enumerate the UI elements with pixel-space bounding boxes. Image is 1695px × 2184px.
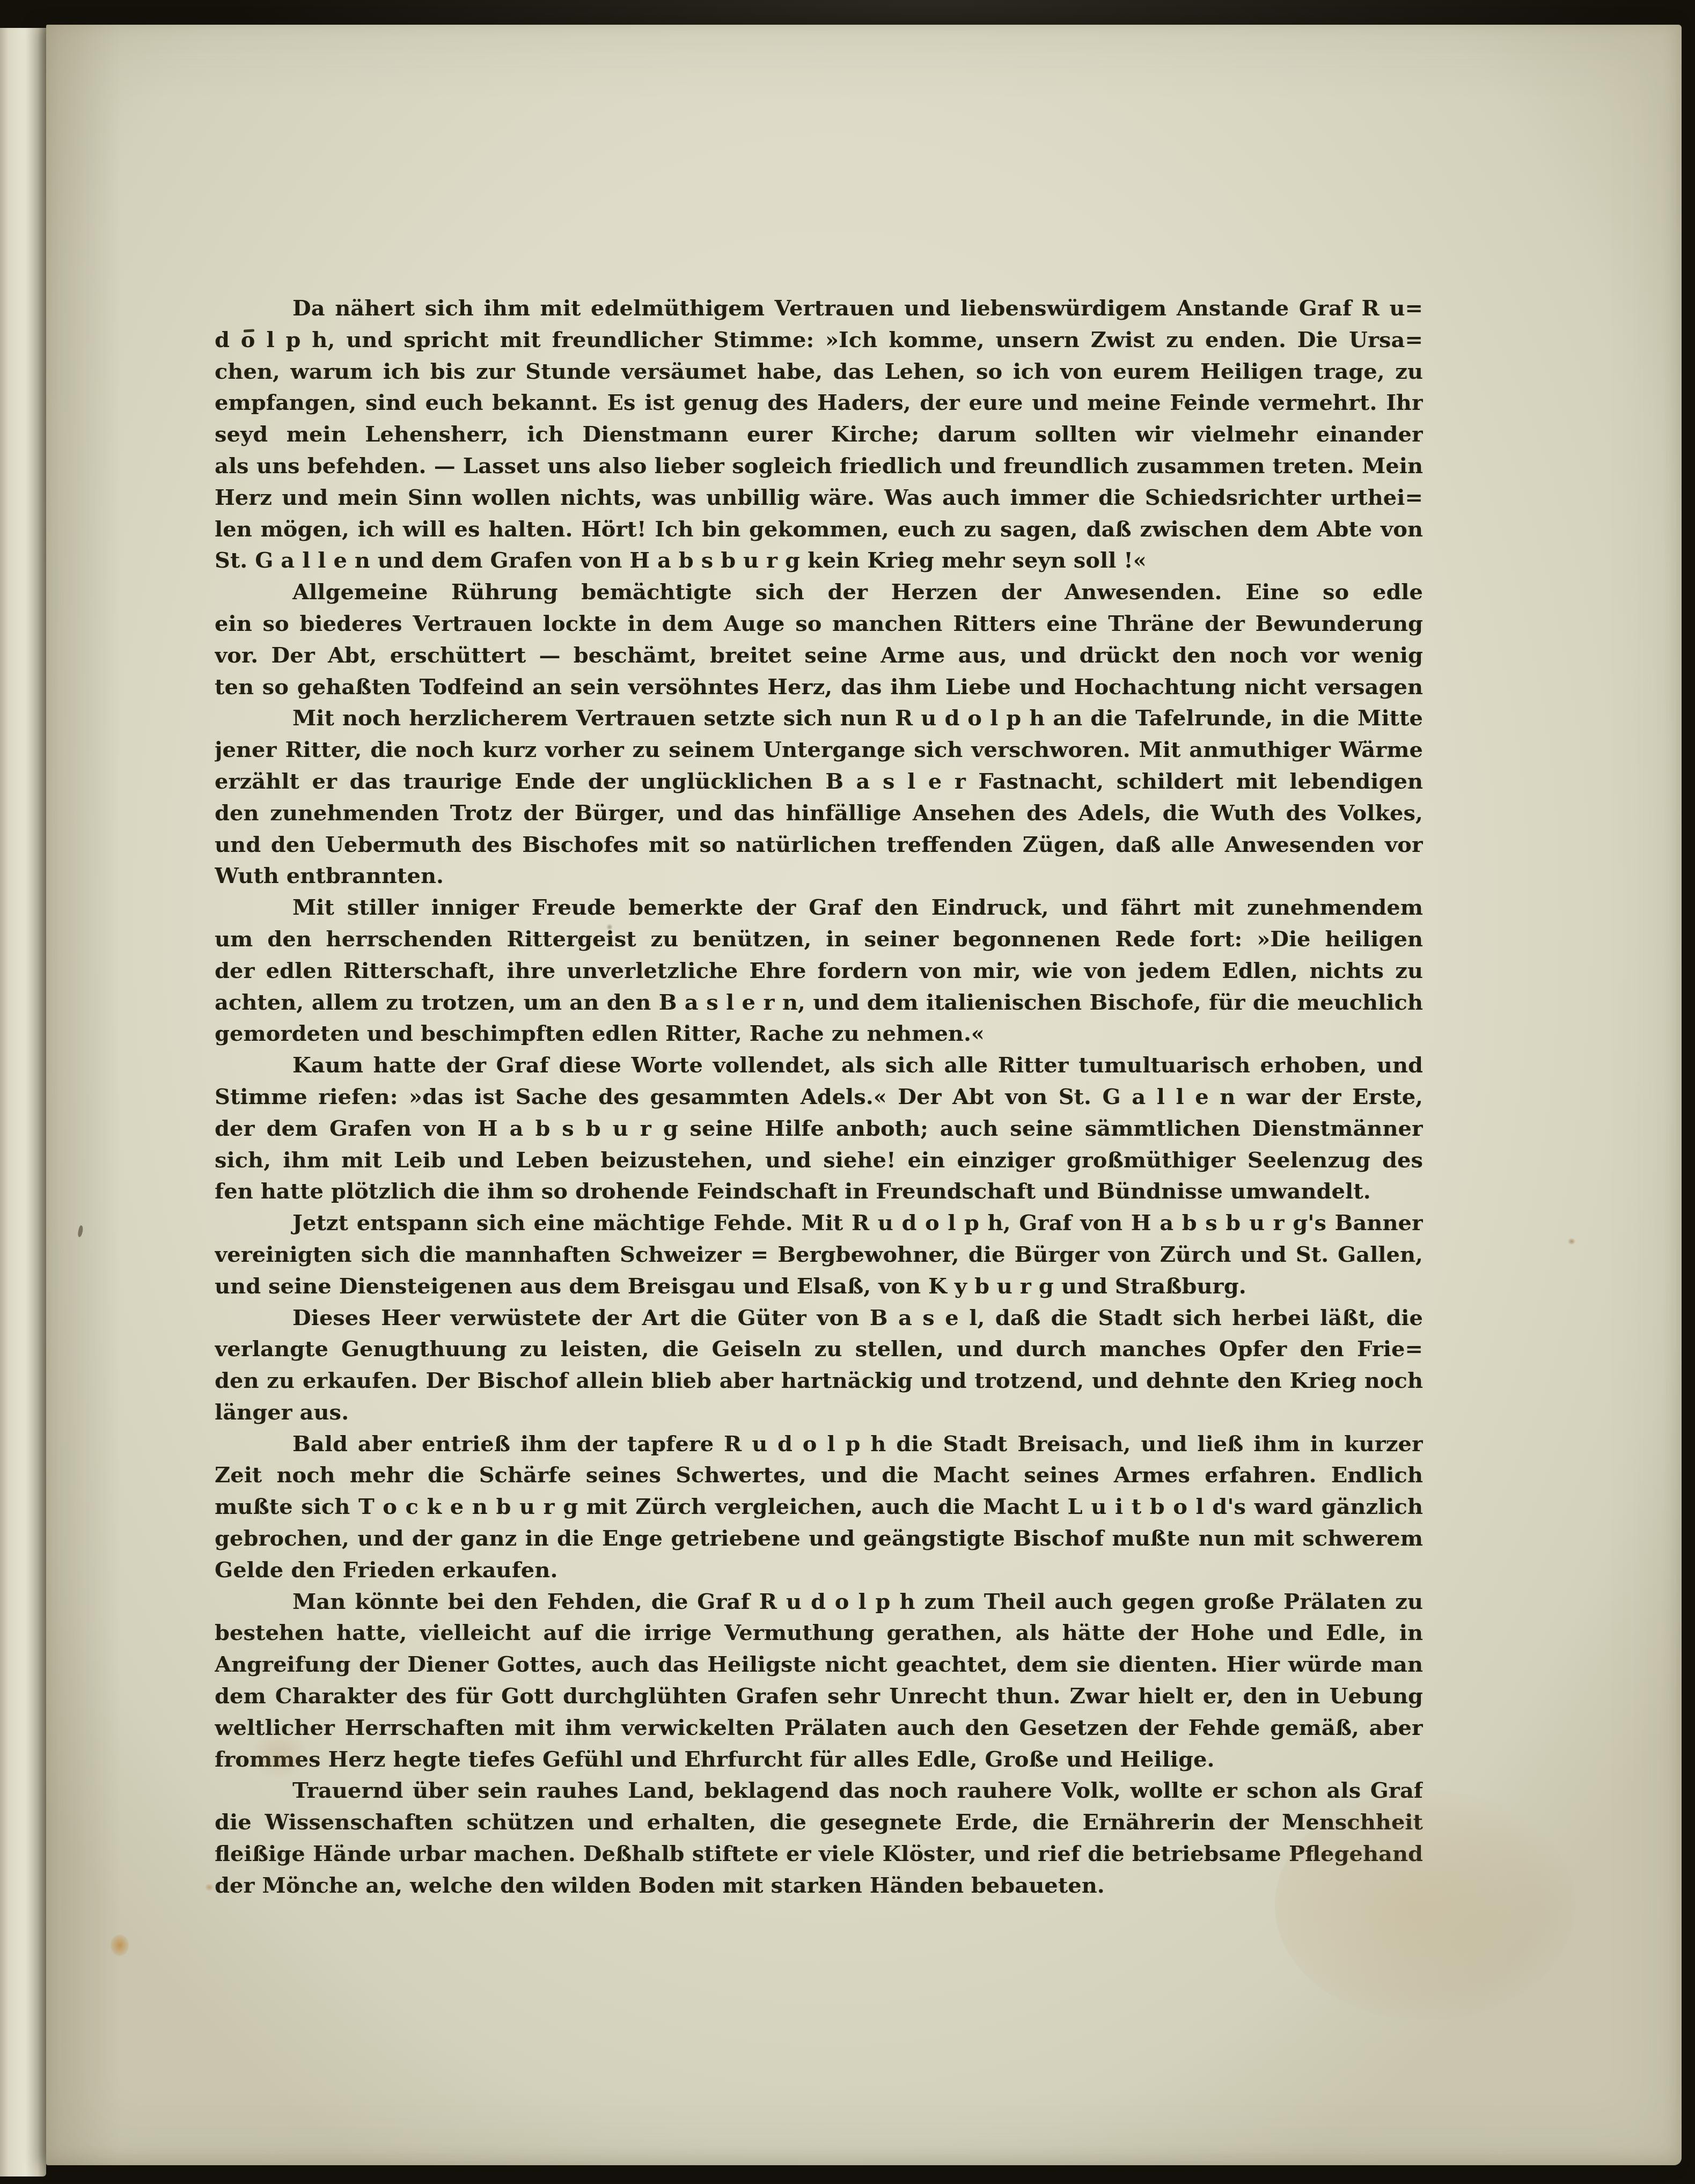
text-line: Angreifung der Diener Gottes, auch das H… [215, 1649, 1423, 1681]
text-line: als uns befehden. — Lasset uns also lieb… [215, 451, 1423, 482]
text-line: gebrochen, und der ganz in die Enge getr… [215, 1523, 1423, 1555]
text-line: Wuth entbrannten. [215, 861, 1423, 892]
text-block: Da nähert sich ihm mit edelmüthigem Vert… [215, 293, 1423, 1902]
text-line: len mögen, ich will es halten. Hört! Ich… [215, 514, 1423, 546]
gutter-shadow [46, 25, 121, 2165]
text-line: Bald aber entrieß ihm der tapfere R u d … [215, 1429, 1423, 1460]
text-line: vor. Der Abt, erschüttert — beschämt, br… [215, 640, 1423, 672]
text-line: dem Charakter des für Gott durchglühten … [215, 1681, 1423, 1712]
text-line: gemordeten und beschimpften edlen Ritter… [215, 1018, 1423, 1050]
foxing-stain [205, 1884, 214, 1891]
text-line: um den herrschenden Rittergeist zu benüt… [215, 924, 1423, 955]
paragraph: Mit noch herzlicherem Vertrauen setzte s… [215, 703, 1423, 892]
text-line: mußte sich T o c k e n b u r g mit Zürch… [215, 1491, 1423, 1523]
text-line: Stimme riefen: »das ist Sache des gesamm… [215, 1082, 1423, 1113]
text-line: weltlicher Herrschaften mit ihm verwicke… [215, 1712, 1423, 1744]
text-line: ten so gehaßten Todfeind an sein versöhn… [215, 672, 1423, 703]
text-line: achten, allem zu trotzen, um an den B a … [215, 987, 1423, 1019]
text-line: ein so biederes Vertrauen lockte in dem … [215, 608, 1423, 640]
paragraph: Jetzt entspann sich eine mächtige Fehde.… [215, 1208, 1423, 1302]
text-line: Trauernd über sein rauhes Land, beklagen… [215, 1775, 1423, 1807]
text-line: fen hatte plötzlich die ihm so drohende … [215, 1176, 1423, 1208]
text-line: sich, ihm mit Leib und Leben beizustehen… [215, 1145, 1423, 1176]
paragraph: Dieses Heer verwüstete der Art die Güter… [215, 1303, 1423, 1429]
text-line: frommes Herz hegte tiefes Gefühl und Ehr… [215, 1744, 1423, 1776]
text-line: Allgemeine Rührung bemächtigte sich der … [215, 577, 1423, 608]
text-line: Kaum hatte der Graf diese Worte vollende… [215, 1050, 1423, 1082]
paragraph: Allgemeine Rührung bemächtigte sich der … [215, 577, 1423, 703]
text-line: jener Ritter, die noch kurz vorher zu se… [215, 734, 1423, 766]
text-line: d o l p h, und spricht mit freundlicher … [215, 325, 1423, 356]
text-line: Mit stiller inniger Freude bemerkte der … [215, 892, 1423, 924]
text-line: chen, warum ich bis zur Stunde versäumet… [215, 356, 1423, 388]
text-line: und seine Diensteigenen aus dem Breisgau… [215, 1271, 1423, 1303]
paragraph: Trauernd über sein rauhes Land, beklagen… [215, 1775, 1423, 1901]
text-line: St. G a l l e n und dem Grafen von H a b… [215, 545, 1423, 577]
text-line: den zu erkaufen. Der Bischof allein blie… [215, 1365, 1423, 1397]
paragraph: Bald aber entrieß ihm der tapfere R u d … [215, 1429, 1423, 1586]
text-line: die Wissenschaften schützen und erhalten… [215, 1807, 1423, 1839]
text-line: Man könnte bei den Fehden, die Graf R u … [215, 1586, 1423, 1618]
text-line: den zunehmenden Trotz der Bürger, und da… [215, 798, 1423, 829]
text-line: erzählt er das traurige Ende der unglück… [215, 766, 1423, 798]
book-page: Da nähert sich ihm mit edelmüthigem Vert… [46, 25, 1682, 2165]
text-line: bestehen hatte, vielleicht auf die irrig… [215, 1617, 1423, 1649]
paragraph: Man könnte bei den Fehden, die Graf R u … [215, 1586, 1423, 1776]
text-line: empfangen, sind euch bekannt. Es ist gen… [215, 387, 1423, 419]
text-line: Da nähert sich ihm mit edelmüthigem Vert… [215, 293, 1423, 325]
text-line: verlangte Genugthuung zu leisten, die Ge… [215, 1334, 1423, 1365]
foxing-stain [1568, 1238, 1575, 1245]
text-line: länger aus. [215, 1397, 1423, 1429]
text-line: der Mönche an, welche den wilden Boden m… [215, 1870, 1423, 1902]
paragraph: Da nähert sich ihm mit edelmüthigem Vert… [215, 293, 1423, 577]
text-line: vereinigten sich die mannhaften Schweize… [215, 1239, 1423, 1271]
previous-page-curl-edge [0, 28, 46, 2176]
text-line: Jetzt entspann sich eine mächtige Fehde.… [215, 1208, 1423, 1239]
text-line: fleißige Hände urbar machen. Deßhalb sti… [215, 1839, 1423, 1870]
paragraph: Mit stiller inniger Freude bemerkte der … [215, 892, 1423, 1050]
text-line: und den Uebermuth des Bischofes mit so n… [215, 829, 1423, 861]
text-line: der edlen Ritterschaft, ihre unverletzli… [215, 955, 1423, 987]
text-line: Dieses Heer verwüstete der Art die Güter… [215, 1303, 1423, 1334]
text-line: Mit noch herzlicherem Vertrauen setzte s… [215, 703, 1423, 734]
paragraph: Kaum hatte der Graf diese Worte vollende… [215, 1050, 1423, 1208]
text-line: Gelde den Frieden erkaufen. [215, 1555, 1423, 1586]
text-line: der dem Grafen von H a b s b u r g seine… [215, 1113, 1423, 1145]
text-line: Zeit noch mehr die Schärfe seines Schwer… [215, 1460, 1423, 1491]
text-line: Herz und mein Sinn wollen nichts, was un… [215, 482, 1423, 514]
text-line: seyd mein Lehensherr, ich Dienstmann eur… [215, 419, 1423, 451]
